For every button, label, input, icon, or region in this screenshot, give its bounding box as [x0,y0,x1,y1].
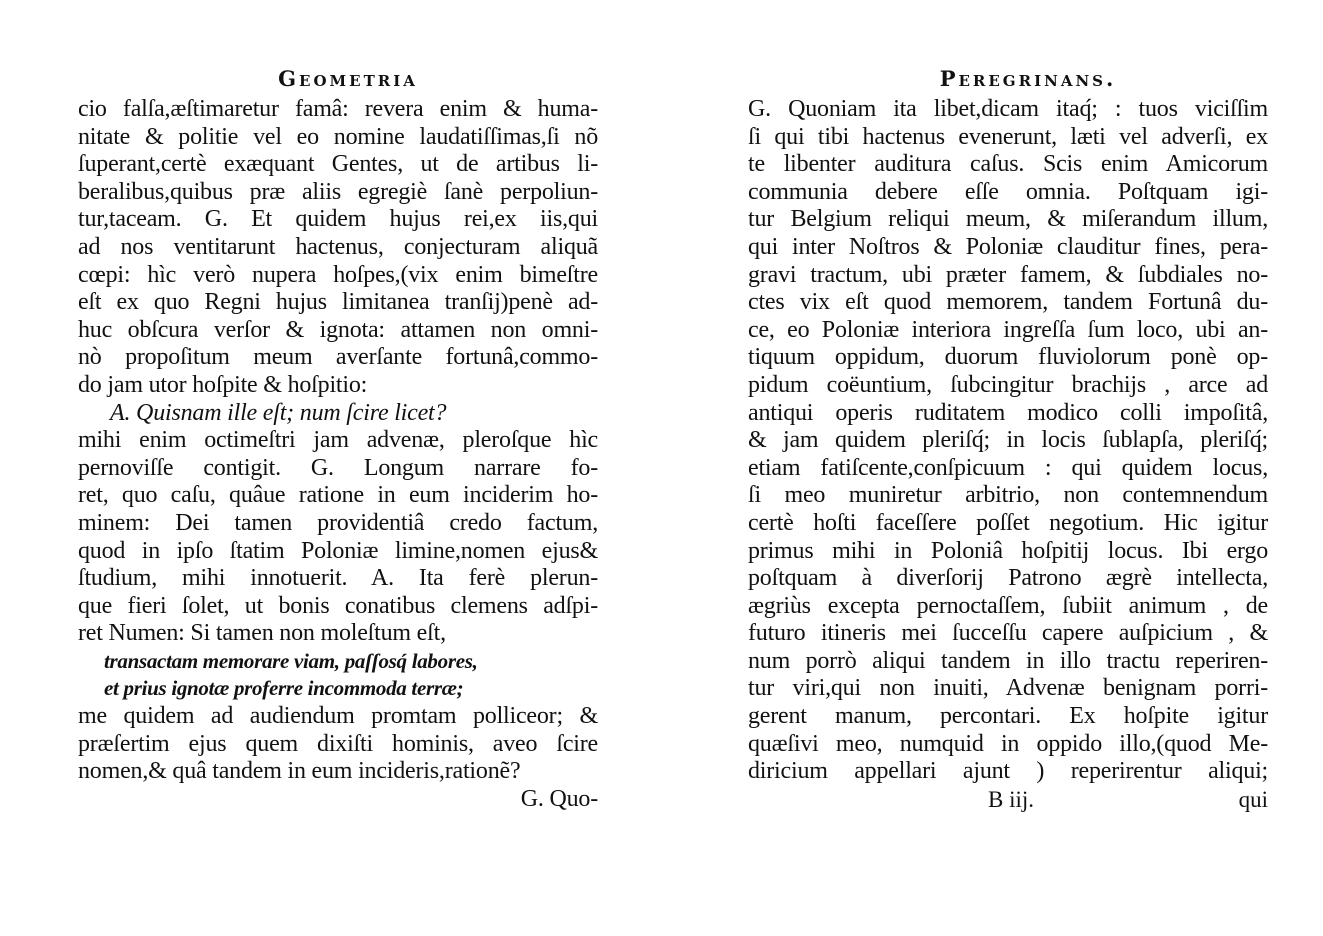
text-line: minem: Dei tamen providentiâ credo factu… [78,510,598,538]
text-line: do jam utor hoſpite & hoſpitio: [78,372,598,400]
running-head-right: Peregrinans. [748,64,1268,94]
text-line: ce, eo Poloniæ interiora ingreſſa ſum lo… [748,317,1268,345]
text-line: & jam quidem pleriſq́; in locis ſublapſa… [748,427,1268,455]
text-line: G. Quoniam ita libet,dicam itaq́; : tuos… [748,96,1268,124]
text-line: etiam fatiſcente,conſpicuum : qui quidem… [748,455,1268,483]
catchword: qui [1239,786,1268,814]
text-line: ſtudium, mihi innotuerit. A. Ita ferè pl… [78,565,598,593]
text-line: huc obſcura verſor & ignota: attamen non… [78,317,598,345]
text-line: ſuperant,certè exæquant Gentes, ut de ar… [78,151,598,179]
text-line: antiqui operis ruditatem modico colli im… [748,400,1268,428]
text-line: præſertim ejus quem dixiſti hominis, ave… [78,731,598,759]
page-footer: B iij. qui [748,786,1268,814]
text-line: gravi tractum, ubi præter famem, & ſubdi… [748,262,1268,290]
text-line: tur,taceam. G. Et quidem hujus rei,ex ii… [78,206,598,234]
text-line: eſt ex quo Regni hujus limitanea tranſij… [78,289,598,317]
text-line: ſi meo muniretur arbitrio, non contemnen… [748,482,1268,510]
text-line: quod in ipſo ſtatim Poloniæ limine,nomen… [78,538,598,566]
text-line: pidum coëuntium, ſubcingitur brachijs , … [748,372,1268,400]
text-line: me quidem ad audiendum promtam polliceor… [78,703,598,731]
text-line: qui inter Noſtros & Poloniæ clauditur fi… [748,234,1268,262]
text-line: quæſivi meo, numquid in oppido illo,(quo… [748,731,1268,759]
text-line: certè hoſti faceſſere poſſet negotium. H… [748,510,1268,538]
text-line: nomen,& quâ tandem in eum incideris,rati… [78,758,598,786]
signature-mark: B iij. [988,786,1034,814]
text-line: mihi enim octimeſtri jam advenæ, pleroſq… [78,427,598,455]
text-line: ſi qui tibi hactenus evenerunt, læti vel… [748,124,1268,152]
text-line: futuro itineris mei ſucceſſu capere auſp… [748,620,1268,648]
text-line: nò propoſitum meum averſante fortunâ,com… [78,344,598,372]
text-line: primus mihi in Poloniâ hoſpitij locus. I… [748,538,1268,566]
text-line: ægriùs excepta pernoctaſſem, ſubiit anim… [748,593,1268,621]
text-line: que fieri ſolet, ut bonis conatibus clem… [78,593,598,621]
left-page: Geometria cio falſa,æſtimaretur famâ: re… [78,64,598,813]
text-line: te libenter auditura caſus. Scis enim Am… [748,151,1268,179]
text-line: ctes vix eſt quod memorem, tandem Fortun… [748,289,1268,317]
text-line: tur viri,qui non inuiti, Advenæ benignam… [748,675,1268,703]
text-line: gerent manum, percontari. Ex hoſpite igi… [748,703,1268,731]
text-line: cio falſa,æſtimaretur famâ: revera enim … [78,96,598,124]
running-head-left: Geometria [78,64,598,94]
text-line: beralibus,quibus præ aliis egregiè ſanè … [78,179,598,207]
right-page: Peregrinans. G. Quoniam ita libet,dicam … [748,64,1268,813]
text-line: tur Belgium reliqui meum, & miſerandum i… [748,206,1268,234]
text-line: cœpi: hìc verò nupera hoſpes,(vix enim b… [78,262,598,290]
text-line: communia debere eſſe omnia. Poſtquam igi… [748,179,1268,207]
text-line: pernoviſſe contigit. G. Longum narrare f… [78,455,598,483]
text-line: ret Numen: Si tamen non moleſtum eſt, [78,620,598,648]
text-line: diricium appellari ajunt ) reperirentur … [748,758,1268,786]
text-line: num porrò aliqui tandem in illo tractu r… [748,648,1268,676]
text-line: ad nos ventitarunt hactenus, conjecturam… [78,234,598,262]
speaker-question-line: A. Quisnam ille eſt; num ſcire licet? [78,400,598,428]
text-line: ret, quo caſu, quâue ratione in eum inci… [78,482,598,510]
verse-line: transactam memorare viam, paſſosq́ labor… [78,648,598,676]
text-line: nitate & politie vel eo nomine laudatiſſ… [78,124,598,152]
text-line: poſtquam à diverſorij Patrono ægrè intel… [748,565,1268,593]
text-line: tiquum oppidum, duorum fluviolorum ponè … [748,344,1268,372]
catchword: G. Quo- [78,786,598,814]
verse-line: et prius ignotæ proferre incommoda terræ… [78,675,598,703]
